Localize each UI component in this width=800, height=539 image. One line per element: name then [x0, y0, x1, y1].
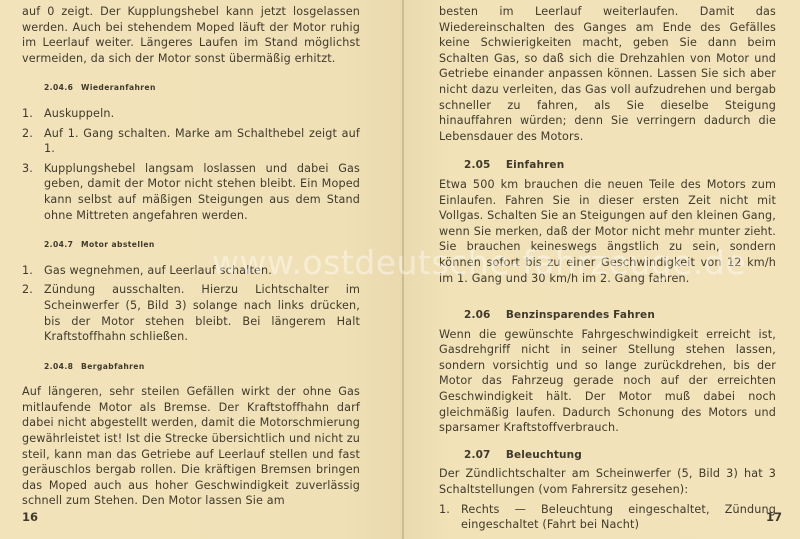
- section-heading-2-06: 2.06 Benzinsparendes Fahren: [464, 308, 776, 324]
- section-number: 2.04.7: [44, 237, 78, 253]
- intro-paragraph: auf 0 zeigt. Der Kupplungshebel kann jet…: [22, 4, 360, 66]
- section-title: Einfahren: [506, 159, 565, 171]
- booklet-spread: auf 0 zeigt. Der Kupplungshebel kann jet…: [0, 0, 800, 539]
- section-number: 2.04.8: [44, 359, 78, 375]
- page-number: 16: [22, 510, 38, 524]
- list-item: 1.Rechts — Beleuchtung eingeschaltet, Zü…: [439, 502, 776, 533]
- section-title: Beleuchtung: [506, 449, 582, 461]
- section-heading-2-04-8: 2.04.8 Bergabfahren: [44, 359, 360, 375]
- list-item: 3.Kupplungshebel langsam loslassen und d…: [22, 161, 360, 223]
- body-paragraph: Auf längeren, sehr steilen Gefällen wirk…: [22, 384, 360, 509]
- page-number: 17: [766, 510, 782, 524]
- body-paragraph: Der Zündlichtschalter am Scheinwerfer (5…: [439, 466, 776, 497]
- section-title: Bergabfahren: [81, 362, 145, 371]
- list-beleuchtung: 1.Rechts — Beleuchtung eingeschaltet, Zü…: [439, 502, 776, 533]
- section-number: 2.04.6: [44, 80, 78, 96]
- section-number: 2.06: [464, 308, 502, 324]
- intro-paragraph: besten im Leerlauf weiterlaufen. Damit d…: [439, 4, 776, 144]
- section-heading-2-05: 2.05 Einfahren: [464, 158, 776, 174]
- section-number: 2.07: [464, 448, 502, 464]
- section-title: Wiederanfahren: [81, 83, 156, 92]
- section-number: 2.05: [464, 158, 502, 174]
- list-item: 1.Auskuppeln.: [22, 106, 360, 122]
- list-wiederanfahren: 1.Auskuppeln. 2.Auf 1. Gang schalten. Ma…: [22, 106, 360, 223]
- body-paragraph: Wenn die gewünschte Fahrgeschwindigkeit …: [439, 327, 776, 436]
- section-title: Benzinsparendes Fahren: [506, 309, 655, 321]
- watermark: www.ostdeutsche-fahrzeuge.de: [212, 243, 746, 282]
- section-title: Motor abstellen: [81, 240, 155, 249]
- list-item: 2.Auf 1. Gang schalten. Marke am Schalth…: [22, 126, 360, 157]
- section-heading-2-04-6: 2.04.6 Wiederanfahren: [44, 80, 360, 96]
- list-item: 2.Zündung ausschalten. Hierzu Lichtschal…: [22, 282, 360, 344]
- section-heading-2-07: 2.07 Beleuchtung: [464, 448, 776, 464]
